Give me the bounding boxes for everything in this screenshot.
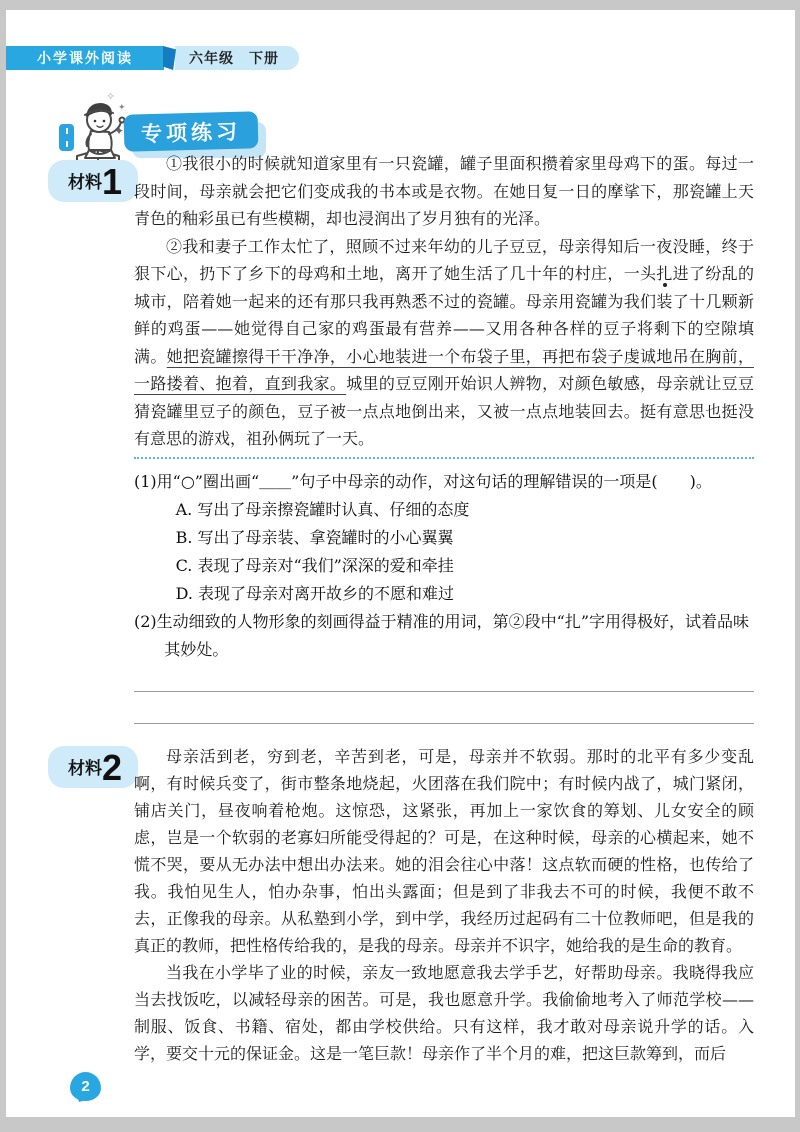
material-2-bubble: 材料 2 xyxy=(48,746,138,788)
page-number: 2 xyxy=(81,1078,89,1095)
questions-block: (1)用“○”圈出画“＿＿”句子中母亲的动作，对这句话的理解错误的一项是( )。… xyxy=(134,468,756,664)
sparkle-icon: ✦ xyxy=(118,102,126,113)
material-number: 1 xyxy=(102,167,122,198)
paragraph-1: 母亲活到老，穷到老，辛苦到老，可是，母亲并不软弱。那时的北平有多少变乱啊，有时候… xyxy=(134,743,754,959)
emphasis-char: 扎 xyxy=(656,264,672,283)
question-2: (2)生动细致的人物形象的刻画得益于精准的用词，第②段中“扎”字用得极好，试着品… xyxy=(134,608,756,664)
material-label: 材料 xyxy=(68,760,102,784)
banner-title: 专项练习 xyxy=(124,111,259,151)
grade-label: 六年级 下册 xyxy=(189,48,279,68)
option-b: B. 写出了母亲装、拿瓷罐时的小心翼翼 xyxy=(134,524,756,552)
grade-tab: 六年级 下册 xyxy=(175,46,299,70)
material-number: 2 xyxy=(102,753,122,784)
material-1-bubble: 材料 1 xyxy=(48,160,138,202)
question-1: (1)用“○”圈出画“＿＿”句子中母亲的动作，对这句话的理解错误的一项是( )。 xyxy=(134,468,756,496)
option-c: C. 表现了母亲对“我们”深深的爱和牵挂 xyxy=(134,552,756,580)
material-label: 材料 xyxy=(68,174,102,198)
page-number-bubble: 2 xyxy=(70,1072,101,1101)
answer-line xyxy=(134,692,754,724)
banner-title-text: 专项练习 xyxy=(141,115,242,148)
paragraph-1-text: ①我很小的时候就知道家里有一只瓷罐，罐子里面积攒着家里母鸡下的蛋。每过一段时间，… xyxy=(134,154,754,228)
option-a: A. 写出了母亲擦瓷罐时认真、仔细的态度 xyxy=(134,496,756,524)
book-page: 小学课外阅读 六年级 下册 xyxy=(6,10,795,1117)
sparkle-icon: ✦ xyxy=(114,124,124,138)
paragraph-2: 当我在小学毕了业的时候，亲友一致地愿意我去学手艺，好帮助母亲。我晓得我应当去找饭… xyxy=(134,959,754,1067)
section-divider xyxy=(134,457,754,459)
passage-2: 母亲活到老，穷到老，辛苦到老，可是，母亲并不软弱。那时的北平有多少变乱啊，有时候… xyxy=(134,743,754,1067)
sparkle-icon: ✧ xyxy=(106,90,115,103)
paragraph-1: ①我很小的时候就知道家里有一只瓷罐，罐子里面积攒着家里母鸡下的蛋。每过一段时间，… xyxy=(134,150,754,233)
paragraph-1-text: 母亲活到老，穷到老，辛苦到老，可是，母亲并不软弱。那时的北平有多少变乱啊，有时候… xyxy=(134,747,754,955)
series-tab: 小学课外阅读 xyxy=(6,46,164,70)
option-d: D. 表现了母亲对离开故乡的不愿和难过 xyxy=(134,580,756,608)
answer-area xyxy=(134,660,754,724)
passage-1: ①我很小的时候就知道家里有一只瓷罐，罐子里面积攒着家里母鸡下的蛋。每过一段时间，… xyxy=(134,150,754,453)
answer-line xyxy=(134,660,754,692)
series-label: 小学课外阅读 xyxy=(37,48,133,68)
paragraph-2: ②我和妻子工作太忙了，照顾不过来年幼的儿子豆豆，母亲得知后一夜没睡，终于狠下心，… xyxy=(134,233,754,453)
paragraph-2-text: 当我在小学毕了业的时候，亲友一致地愿意我去学手艺，好帮助母亲。我晓得我应当去找饭… xyxy=(134,963,754,1063)
header-bar: 小学课外阅读 六年级 下册 xyxy=(6,46,299,70)
